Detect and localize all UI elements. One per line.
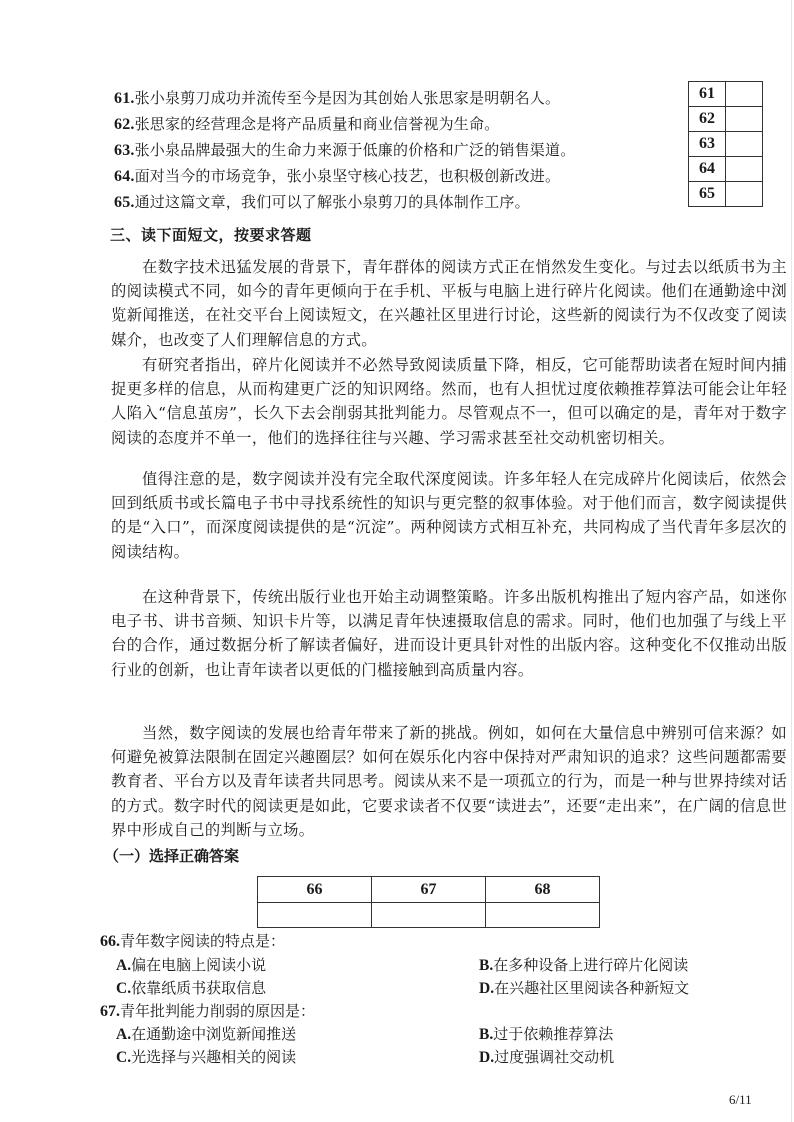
option-text: 依靠纸质书获取信息 bbox=[131, 979, 266, 997]
answer-row-65: 65 bbox=[689, 182, 763, 207]
question-stem: 青年数字阅读的特点是： bbox=[120, 932, 285, 950]
answer-row-61: 61 bbox=[689, 82, 763, 107]
option-text: 在通勤途中浏览新闻推送 bbox=[131, 1025, 296, 1043]
page-edge bbox=[791, 0, 792, 1122]
answer-cell[interactable] bbox=[372, 903, 486, 928]
passage-paragraph-2: 有研究者指出，碎片化阅读并不必然导致阅读质量下降，相反，它可能帮助读者在短时间内… bbox=[111, 353, 787, 450]
option-letter: A. bbox=[116, 1026, 131, 1043]
option-letter: D. bbox=[479, 980, 494, 997]
statement-text: 通过这篇文章，我们可以了解张小泉剪刀的具体制作工序。 bbox=[135, 193, 530, 211]
question-stem: 青年批判能力削弱的原因是： bbox=[120, 1002, 315, 1020]
option-67-a[interactable]: A.在通勤途中浏览新闻推送 bbox=[116, 1024, 296, 1045]
answer-cell[interactable] bbox=[726, 157, 763, 182]
answer-label: 65 bbox=[689, 182, 726, 207]
statement-number: 64. bbox=[114, 168, 135, 185]
answer-header: 66 bbox=[258, 877, 372, 903]
option-text: 偏在电脑上阅读小说 bbox=[131, 956, 266, 974]
statement-61: 61.张小泉剪刀成功并流传至今是因为其创始人张思家是明朝名人。 bbox=[114, 88, 560, 109]
option-66-a[interactable]: A.偏在电脑上阅读小说 bbox=[116, 955, 266, 976]
subsection-title: （一）选择正确答案 bbox=[104, 846, 239, 866]
answer-row-64: 64 bbox=[689, 157, 763, 182]
statement-text: 张小泉品牌最强大的生命力来源于低廉的价格和广泛的销售渠道。 bbox=[135, 141, 576, 159]
option-text: 在多种设备上进行碎片化阅读 bbox=[493, 956, 688, 974]
answer-label: 61 bbox=[689, 82, 726, 107]
statement-65: 65.通过这篇文章，我们可以了解张小泉剪刀的具体制作工序。 bbox=[114, 192, 530, 213]
option-66-b[interactable]: B.在多种设备上进行碎片化阅读 bbox=[479, 955, 688, 976]
statement-text: 张小泉剪刀成功并流传至今是因为其创始人张思家是明朝名人。 bbox=[135, 89, 561, 107]
passage-paragraph-5: 当然，数字阅读的发展也给青年带来了新的挑战。例如，如何在大量信息中辨别可信来源？… bbox=[111, 721, 787, 842]
answer-row-62: 62 bbox=[689, 107, 763, 132]
option-66-d[interactable]: D.在兴趣社区里阅读各种新短文 bbox=[479, 978, 689, 999]
passage-paragraph-4: 在这种背景下，传统出版行业也开始主动调整策略。许多出版机构推出了短内容产品，如迷… bbox=[111, 585, 787, 682]
answer-label: 62 bbox=[689, 107, 726, 132]
answer-label: 63 bbox=[689, 132, 726, 157]
statement-62: 62.张思家的经营理念是将产品质量和商业信誉视为生命。 bbox=[114, 114, 499, 135]
answer-cell[interactable] bbox=[486, 903, 600, 928]
true-false-answer-table: 61 62 63 64 65 bbox=[688, 81, 763, 207]
answer-row-63: 63 bbox=[689, 132, 763, 157]
passage-paragraph-1: 在数字技术迅猛发展的背景下，青年群体的阅读方式正在悄然发生变化。与过去以纸质书为… bbox=[111, 255, 787, 352]
answer-cell[interactable] bbox=[726, 182, 763, 207]
option-67-b[interactable]: B.过于依赖推荐算法 bbox=[479, 1024, 613, 1045]
passage-paragraph-3: 值得注意的是，数字阅读并没有完全取代深度阅读。许多年轻人在完成碎片化阅读后，依然… bbox=[111, 467, 787, 564]
answer-header: 68 bbox=[486, 877, 600, 903]
answer-header: 67 bbox=[372, 877, 486, 903]
answer-header-row: 66 67 68 bbox=[258, 877, 600, 903]
option-letter: B. bbox=[479, 1026, 493, 1043]
statement-text: 张思家的经营理念是将产品质量和商业信誉视为生命。 bbox=[135, 115, 500, 133]
question-number: 66. bbox=[100, 933, 120, 950]
answer-cell[interactable] bbox=[258, 903, 372, 928]
option-text: 过度强调社交动机 bbox=[494, 1048, 614, 1066]
answer-label: 64 bbox=[689, 157, 726, 182]
option-letter: B. bbox=[479, 957, 493, 974]
statement-number: 63. bbox=[114, 142, 135, 159]
page-number: 6/11 bbox=[729, 1092, 752, 1108]
statement-text: 面对当今的市场竞争，张小泉坚守核心技艺，也积极创新改进。 bbox=[135, 167, 561, 185]
question-67: 67.青年批判能力削弱的原因是： bbox=[100, 1001, 315, 1022]
option-text: 过于依赖推荐算法 bbox=[493, 1025, 613, 1043]
answer-cell[interactable] bbox=[726, 107, 763, 132]
option-letter: D. bbox=[479, 1049, 494, 1066]
option-text: 在兴趣社区里阅读各种新短文 bbox=[494, 979, 689, 997]
answer-input-row bbox=[258, 903, 600, 928]
section-title: 三、读下面短文，按要求答题 bbox=[110, 225, 312, 245]
statement-number: 61. bbox=[114, 90, 135, 107]
option-letter: C. bbox=[116, 1049, 131, 1066]
multiple-choice-answer-table: 66 67 68 bbox=[257, 876, 600, 928]
option-67-d[interactable]: D.过度强调社交动机 bbox=[479, 1047, 614, 1068]
option-letter: A. bbox=[116, 957, 131, 974]
option-letter: C. bbox=[116, 980, 131, 997]
question-66: 66.青年数字阅读的特点是： bbox=[100, 931, 285, 952]
statement-number: 65. bbox=[114, 194, 135, 211]
answer-cell[interactable] bbox=[726, 82, 763, 107]
statement-63: 63.张小泉品牌最强大的生命力来源于低廉的价格和广泛的销售渠道。 bbox=[114, 140, 575, 161]
statement-64: 64.面对当今的市场竞争，张小泉坚守核心技艺，也积极创新改进。 bbox=[114, 166, 560, 187]
option-66-c[interactable]: C.依靠纸质书获取信息 bbox=[116, 978, 266, 999]
answer-cell[interactable] bbox=[726, 132, 763, 157]
question-number: 67. bbox=[100, 1003, 120, 1020]
option-67-c[interactable]: C.光选择与兴趣相关的阅读 bbox=[116, 1047, 296, 1068]
statement-number: 62. bbox=[114, 116, 135, 133]
option-text: 光选择与兴趣相关的阅读 bbox=[131, 1048, 296, 1066]
